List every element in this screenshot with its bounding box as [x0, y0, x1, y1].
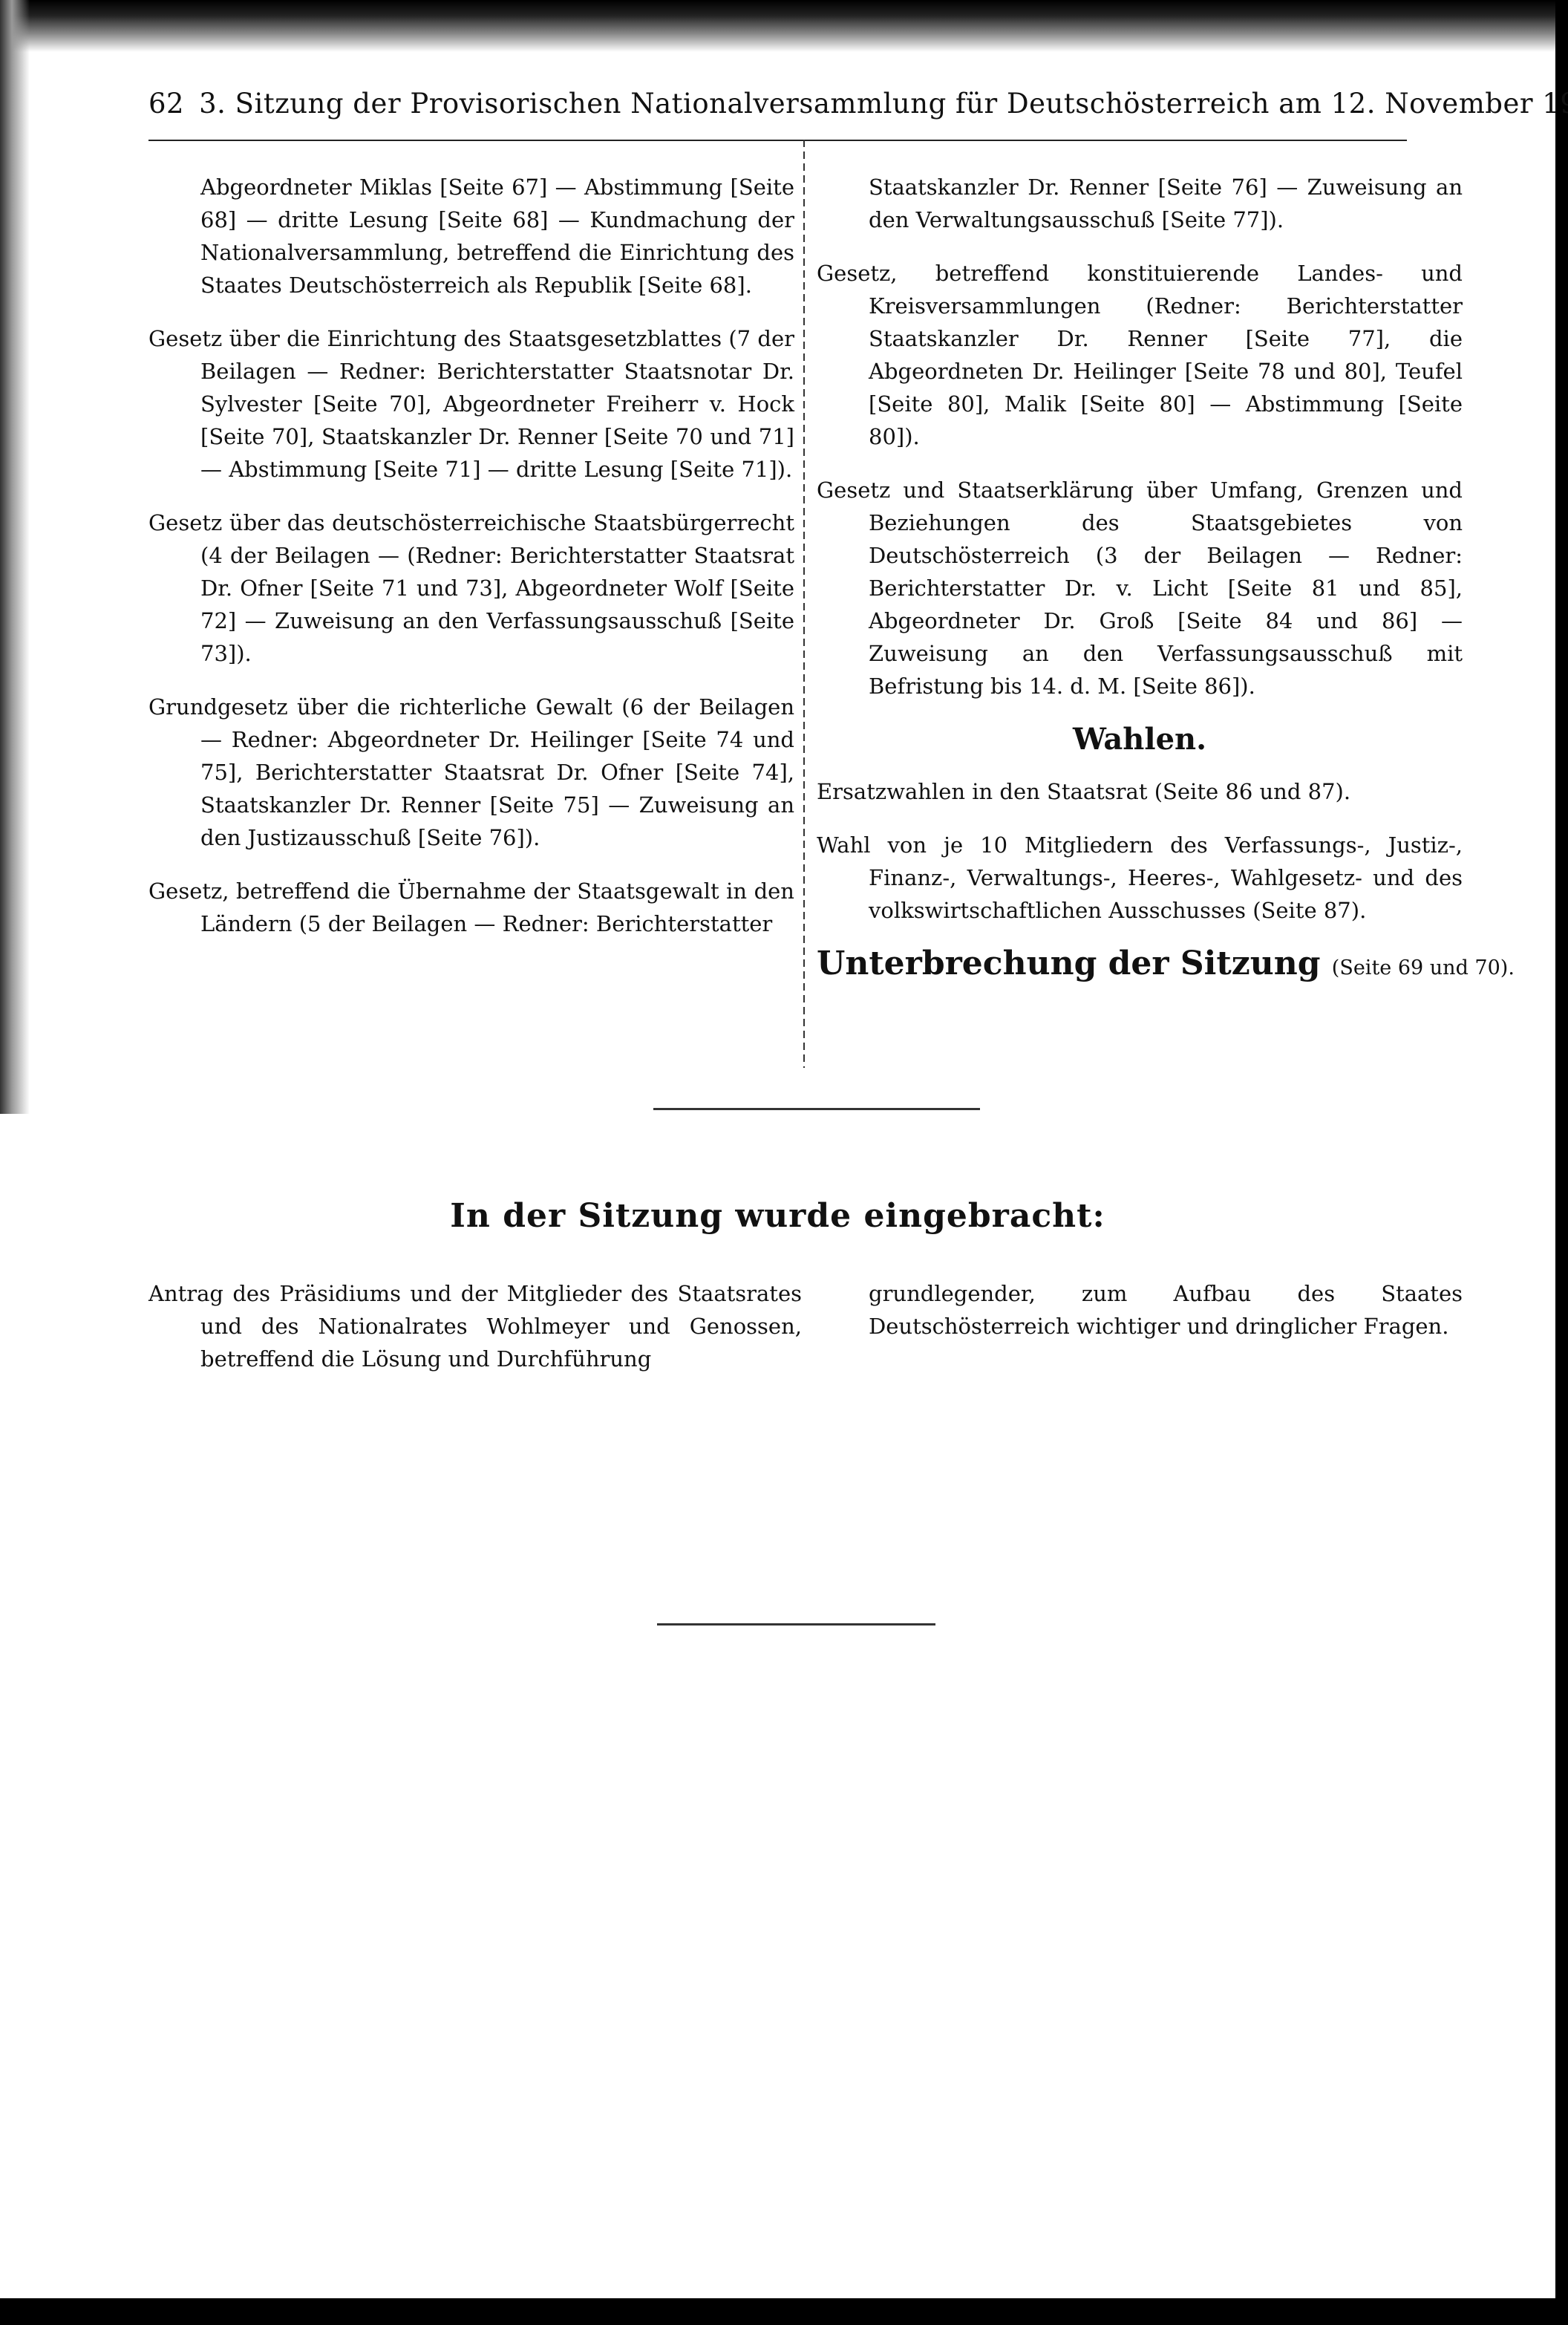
agenda-entry: Gesetz, betreffend die Übernahme der Sta…	[148, 875, 794, 940]
submitted-left-column: Antrag des Präsidiums und der Mitglieder…	[148, 1277, 802, 1396]
interruption-pages: (Seite 69 und 70).	[1332, 956, 1515, 979]
agenda-entry-continuation: Staatskanzler Dr. Renner [Seite 76] — Zu…	[817, 171, 1463, 236]
election-entry: Wahl von je 10 Mitgliedern des Verfassun…	[817, 829, 1463, 927]
agenda-entry: Gesetz über das deutschösterreichische S…	[148, 506, 794, 670]
left-column: Abgeordneter Miklas [Seite 67] — Abstimm…	[148, 171, 794, 961]
agenda-entry: Gesetz über die Einrichtung des Staatsge…	[148, 322, 794, 486]
section-separator-rule	[653, 1108, 980, 1110]
agenda-entry: Abgeordneter Miklas [Seite 67] — Abstimm…	[148, 171, 794, 301]
page-title: 3. Sitzung der Provisorischen Nationalve…	[199, 88, 1568, 120]
end-rule	[657, 1623, 935, 1625]
agenda-entry: Gesetz, betreffend konstituierende Lande…	[817, 257, 1463, 453]
scanned-page: 62 3. Sitzung der Provisorischen Nationa…	[0, 0, 1555, 2298]
right-column: Staatskanzler Dr. Renner [Seite 76] — Zu…	[817, 171, 1463, 1005]
header-rule	[148, 140, 1407, 141]
page-number: 62	[148, 88, 184, 120]
motion-entry-continuation: grundlegender, zum Aufbau des Staates De…	[869, 1277, 1463, 1343]
submitted-right-column: grundlegender, zum Aufbau des Staates De…	[869, 1277, 1463, 1363]
column-divider	[803, 140, 805, 1068]
interruption-heading: Unterbrechung der Sitzung	[817, 945, 1320, 982]
scan-edge-top	[0, 0, 1555, 52]
agenda-entry: Gesetz und Staatserklärung über Umfang, …	[817, 474, 1463, 702]
agenda-entry: Grundgesetz über die richterliche Gewalt…	[148, 691, 794, 854]
submitted-heading: In der Sitzung wurde eingebracht:	[148, 1197, 1407, 1235]
running-header: 62 3. Sitzung der Provisorischen Nationa…	[148, 88, 1407, 120]
section-heading-wahlen: Wahlen.	[817, 723, 1463, 756]
interruption-line: Unterbrechung der Sitzung (Seite 69 und …	[817, 948, 1463, 985]
scan-edge-left	[0, 0, 30, 1114]
election-entry: Ersatzwahlen in den Staatsrat (Seite 86 …	[817, 775, 1463, 808]
motion-entry: Antrag des Präsidiums und der Mitglieder…	[148, 1277, 802, 1375]
